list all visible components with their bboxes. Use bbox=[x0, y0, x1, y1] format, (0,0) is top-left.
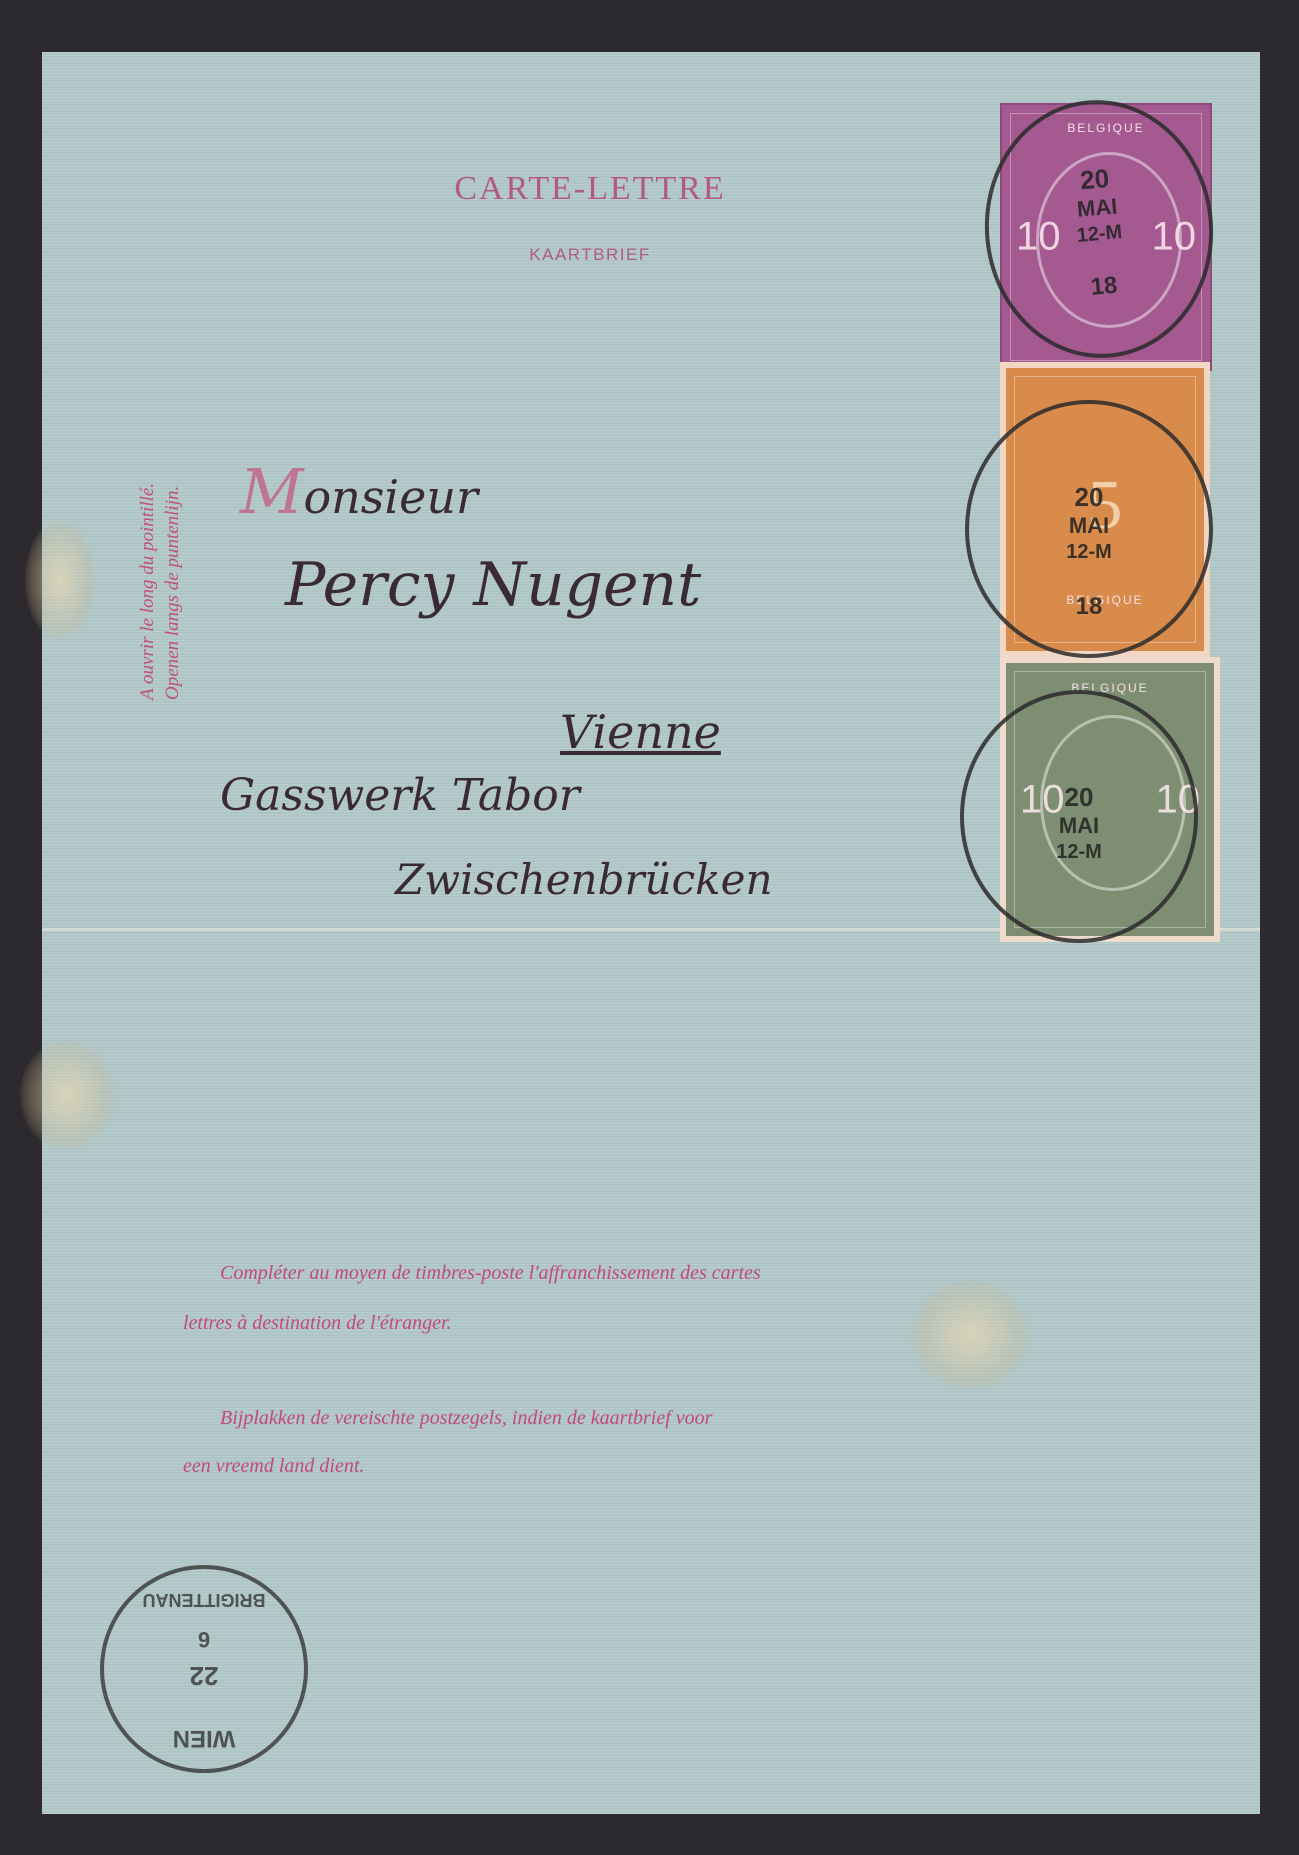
salutation: Monsieur bbox=[240, 455, 478, 528]
salutation-initial: M bbox=[240, 455, 303, 528]
postmark-office: BRIGITTENAU bbox=[104, 1590, 304, 1609]
card-title: CARTE-LETTRE bbox=[380, 170, 800, 208]
stamp-country: BELGIQUE bbox=[1006, 681, 1214, 695]
postmark-date: 22 bbox=[104, 1662, 304, 1689]
postmark-year: 18 bbox=[969, 594, 1209, 619]
recipient-city: Vienne bbox=[560, 705, 721, 759]
postmark-city: WIEN bbox=[104, 1726, 304, 1751]
recipient-name: Percy Nugent bbox=[285, 550, 701, 620]
open-instruction-french: A ouvrir le long du pointillé. bbox=[137, 483, 159, 700]
stain bbox=[25, 520, 95, 640]
salutation-rest: onsieur bbox=[303, 470, 477, 524]
card-subtitle: KAARTBRIEF bbox=[380, 245, 800, 265]
postmark-month: MAI bbox=[969, 514, 1209, 537]
postmark-verviers-3: 20 MAI 12-M bbox=[960, 690, 1198, 943]
stain bbox=[20, 1040, 115, 1150]
postmark-time: 12-M bbox=[964, 842, 1194, 863]
postmark-day: 20 bbox=[964, 784, 1194, 811]
recipient-street: Gasswerk Tabor bbox=[220, 770, 580, 821]
recipient-district: Zwischenbrücken bbox=[395, 855, 773, 904]
postmark-time: 12-M bbox=[969, 542, 1209, 563]
instruction-dutch-line1: Bijplakken de vereischte postzegels, ind… bbox=[220, 1407, 712, 1430]
postmark-year: 18 bbox=[993, 264, 1214, 308]
postmark-wien-brigittenau: WIEN 22 6 BRIGITTENAU bbox=[100, 1565, 308, 1773]
instruction-french-line1: Compléter au moyen de timbres-poste l'af… bbox=[220, 1262, 761, 1285]
postmark-extra: 6 bbox=[104, 1628, 304, 1651]
open-instruction-dutch: Openen langs de puntenlijn. bbox=[162, 486, 184, 700]
instruction-dutch-line2: een vreemd land dient. bbox=[183, 1455, 364, 1478]
stain bbox=[910, 1280, 1030, 1390]
postmark-day: 20 bbox=[969, 484, 1209, 511]
instruction-french-line2: lettres à destination de l'étranger. bbox=[183, 1312, 452, 1335]
postmark-month: MAI bbox=[964, 814, 1194, 837]
postmark-verviers-2: 20 MAI 12-M 18 bbox=[965, 400, 1213, 658]
